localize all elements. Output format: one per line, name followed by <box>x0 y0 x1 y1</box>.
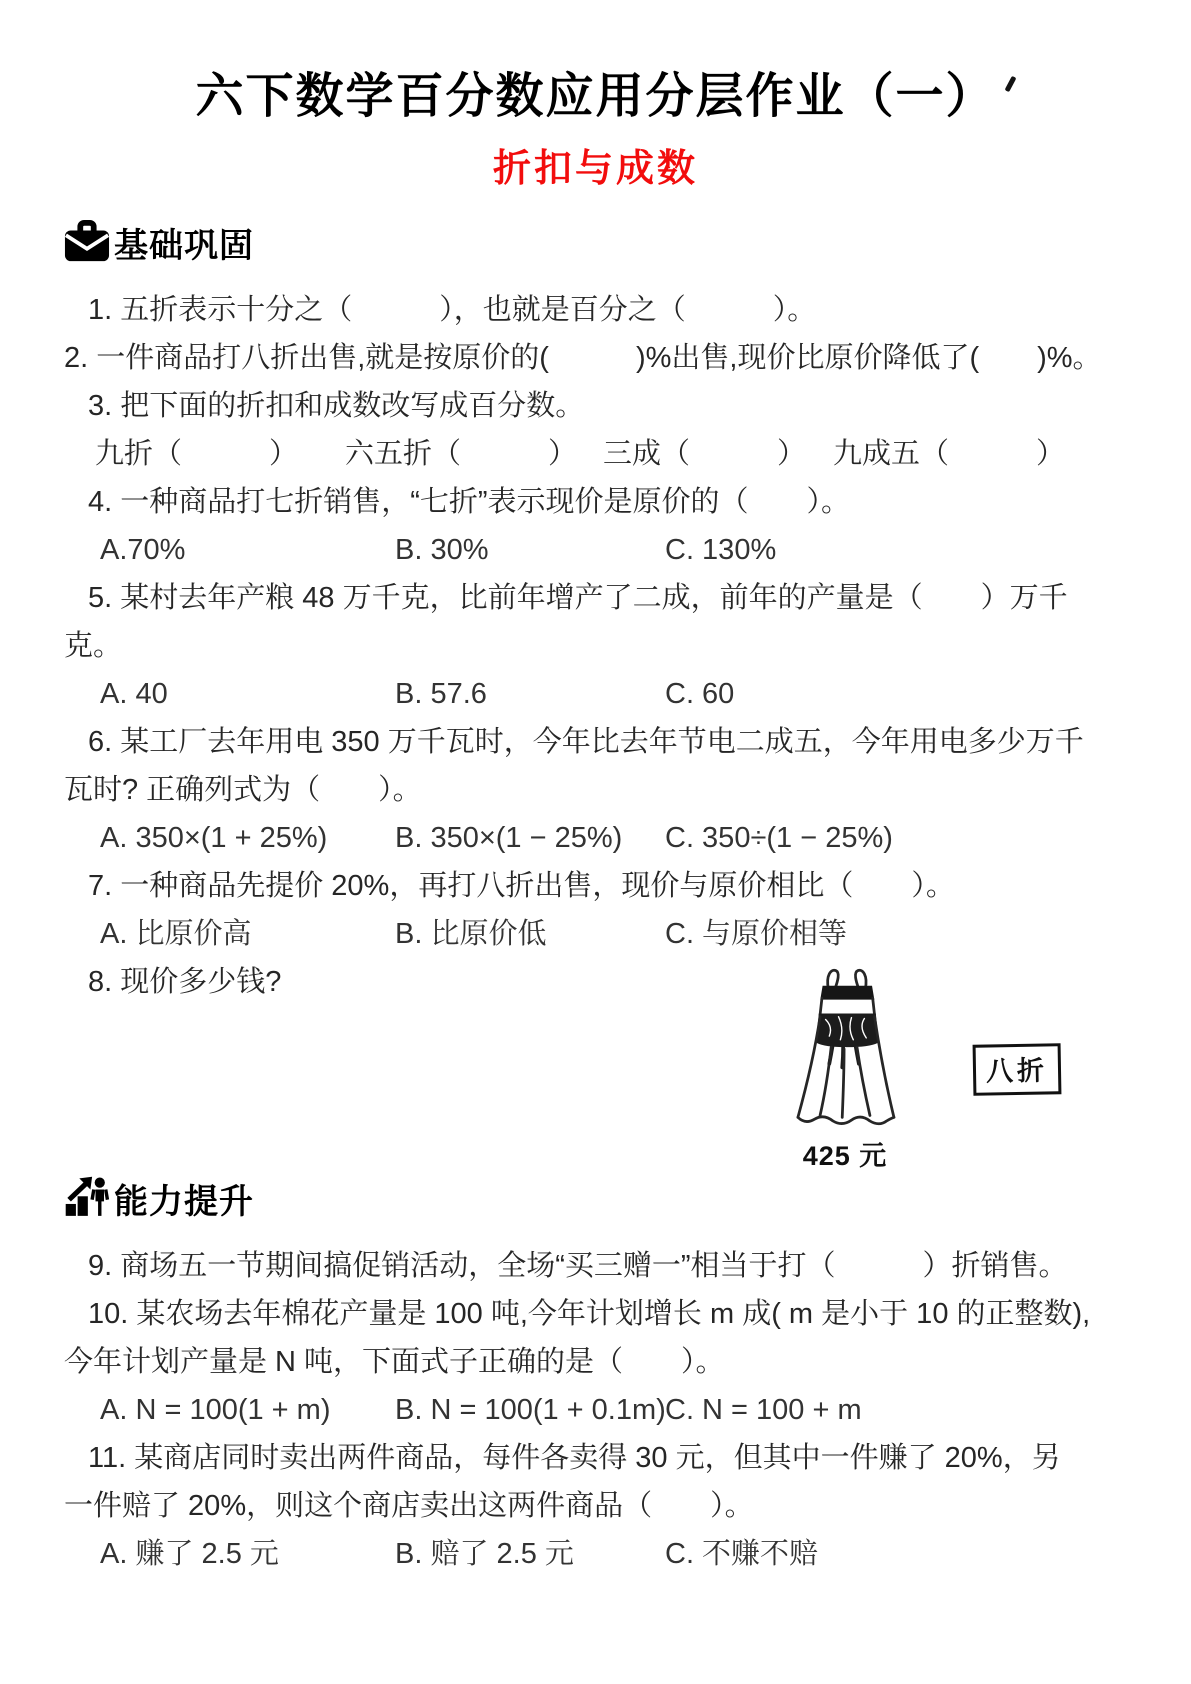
question-10-text-line1: 10. 某农场去年棉花产量是 100 吨,今年计划增长 m 成( m 是小于 1… <box>64 1290 1161 1338</box>
question-3-blanks-row: 九折（ ） 六五折（ ） 三成（ ） 九成五（ ） <box>64 430 1161 478</box>
briefcase-icon <box>64 219 110 265</box>
option-c: C. N = 100 + m <box>665 1386 1161 1434</box>
growth-chart-person-icon <box>64 1175 110 1221</box>
section-basic-label: 基础巩固 <box>114 218 254 267</box>
question-5-text-line1: 5. 某村去年产粮 48 万千克，比前年增产了二成，前年的产量是（ ）万千 <box>64 574 1161 622</box>
question-5-options: A. 40 B. 57.6 C. 60 <box>64 670 1161 718</box>
question-1-text: 1. 五折表示十分之（ ），也就是百分之（ ）。 <box>64 286 1161 334</box>
option-c: C. 130% <box>665 526 1161 574</box>
option-c: C. 不赚不赔 <box>665 1530 1161 1578</box>
question-6-text-line1: 6. 某工厂去年用电 350 万千瓦时，今年比去年节电二成五，今年用电多少万千 <box>64 718 1161 766</box>
question-7-text: 7. 一种商品先提价 20%，再打八折出售，现价与原价相比（ ）。 <box>64 862 1161 910</box>
option-b: B. 赔了 2.5 元 <box>395 1530 665 1578</box>
option-a: A. N = 100(1 + m) <box>100 1386 395 1434</box>
question-11: 11. 某商店同时卖出两件商品，每件各卖得 30 元，但其中一件赚了 20%，另… <box>64 1434 1161 1578</box>
question-10: 10. 某农场去年棉花产量是 100 吨,今年计划增长 m 成( m 是小于 1… <box>64 1290 1161 1434</box>
option-a: A. 40 <box>100 670 395 718</box>
question-7-options: A. 比原价高 B. 比原价低 C. 与原价相等 <box>64 910 1161 958</box>
option-b: B. 比原价低 <box>395 910 665 958</box>
question-2-text: 2. 一件商品打八折出售,就是按原价的( )%出售,现价比原价降低了( )%。 <box>64 334 1161 382</box>
option-a: A.70% <box>100 526 395 574</box>
option-b: B. 57.6 <box>395 670 665 718</box>
blank-item: 九折（ ） <box>95 430 345 478</box>
question-4-text: 4. 一种商品打七折销售，“七折”表示现价是原价的（ ）。 <box>64 478 1161 526</box>
question-8-text: 8. 现价多少钱? <box>64 958 1161 1006</box>
option-c: C. 与原价相等 <box>665 910 1161 958</box>
question-6: 6. 某工厂去年用电 350 万千瓦时，今年比去年节电二成五，今年用电多少万千 … <box>64 718 1161 862</box>
question-1: 1. 五折表示十分之（ ），也就是百分之（ ）。 <box>64 286 1161 334</box>
price-label: 425 元 <box>780 1134 910 1173</box>
question-10-options: A. N = 100(1 + m) B. N = 100(1 + 0.1m) C… <box>64 1386 1161 1434</box>
question-9-text: 9. 商场五一节期间搞促销活动，全场“买三赠一”相当于打（ ）折销售。 <box>64 1242 1161 1290</box>
worksheet-page: 六下数学百分数应用分层作业（一） 折扣与成数 基础巩固 1. 五折表示十分之（ … <box>0 0 1191 1684</box>
option-c: C. 60 <box>665 670 1161 718</box>
question-8: 8. 现价多少钱? <box>64 958 1161 1172</box>
question-2: 2. 一件商品打八折出售,就是按原价的( )%出售,现价比原价降低了( )%。 <box>64 334 1161 382</box>
question-9: 9. 商场五一节期间搞促销活动，全场“买三赠一”相当于打（ ）折销售。 <box>64 1242 1161 1290</box>
section-advanced-header: 能力提升 <box>64 1172 1161 1224</box>
dress-image <box>785 963 905 1135</box>
question-4: 4. 一种商品打七折销售，“七折”表示现价是原价的（ ）。 A.70% B. 3… <box>64 478 1161 574</box>
question-3: 3. 把下面的折扣和成数改写成百分数。 九折（ ） 六五折（ ） 三成（ ） 九… <box>64 382 1161 478</box>
question-6-text-line2: 瓦时? 正确列式为（ ）。 <box>64 766 1161 814</box>
blank-item: 六五折（ ） <box>345 430 603 478</box>
blank-item: 九成五（ ） <box>833 430 1161 478</box>
page-title: 六下数学百分数应用分层作业（一） <box>0 0 1191 126</box>
question-11-options: A. 赚了 2.5 元 B. 赔了 2.5 元 C. 不赚不赔 <box>64 1530 1161 1578</box>
option-a: A. 赚了 2.5 元 <box>100 1530 395 1578</box>
page-subtitle: 折扣与成数 <box>0 148 1191 190</box>
question-11-text-line1: 11. 某商店同时卖出两件商品，每件各卖得 30 元，但其中一件赚了 20%，另 <box>64 1434 1161 1482</box>
question-7: 7. 一种商品先提价 20%，再打八折出售，现价与原价相比（ ）。 A. 比原价… <box>64 862 1161 958</box>
worksheet-content: 基础巩固 1. 五折表示十分之（ ），也就是百分之（ ）。 2. 一件商品打八折… <box>0 216 1191 1578</box>
question-6-options: A. 350×(1 + 25%) B. 350×(1 − 25%) C. 350… <box>64 814 1161 862</box>
option-b: B. N = 100(1 + 0.1m) <box>395 1386 665 1434</box>
section-basic-header: 基础巩固 <box>64 216 1161 268</box>
question-3-text: 3. 把下面的折扣和成数改写成百分数。 <box>64 382 1161 430</box>
question-5-text-line2: 克。 <box>64 622 1161 670</box>
option-b: B. 350×(1 − 25%) <box>395 814 665 862</box>
section-advanced-label: 能力提升 <box>114 1174 254 1223</box>
question-10-text-line2: 今年计划产量是 N 吨，下面式子正确的是（ ）。 <box>64 1338 1161 1386</box>
option-c: C. 350÷(1 − 25%) <box>665 814 1161 862</box>
question-5: 5. 某村去年产粮 48 万千克，比前年增产了二成，前年的产量是（ ）万千 克。… <box>64 574 1161 718</box>
blank-item: 三成（ ） <box>603 430 833 478</box>
question-11-text-line2: 一件赔了 20%，则这个商店卖出这两件商品（ ）。 <box>64 1482 1161 1530</box>
question-4-options: A.70% B. 30% C. 130% <box>64 526 1161 574</box>
discount-sign: 八折 <box>973 1043 1062 1096</box>
option-a: A. 350×(1 + 25%) <box>100 814 395 862</box>
option-a: A. 比原价高 <box>100 910 395 958</box>
option-b: B. 30% <box>395 526 665 574</box>
